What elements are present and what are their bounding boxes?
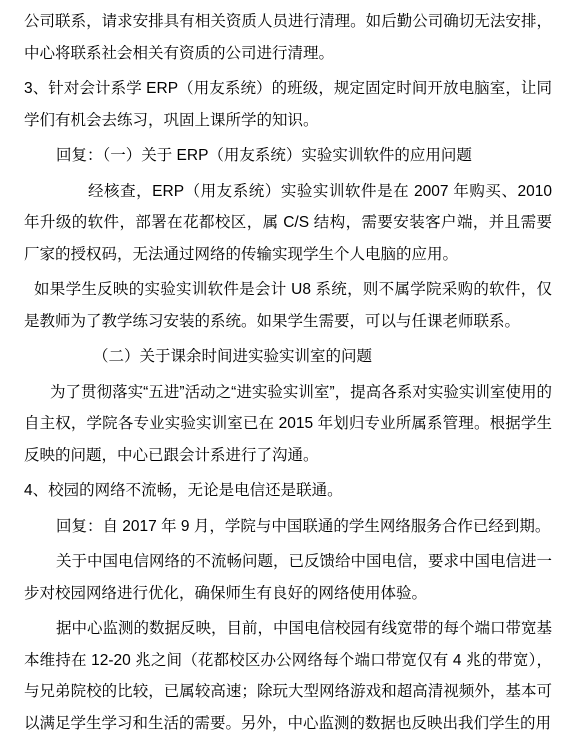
document-page: 公司联系，请求安排具有相关资质人员进行清理。如后勤公司确切无法安排，中心将联系社… [0,0,576,733]
paragraph-continuation: 公司联系，请求安排具有相关资质人员进行清理。如后勤公司确切无法安排，中心将联系社… [24,6,552,69]
paragraph-item-4: 4、校园的网络不流畅，无论是电信还是联通。 [24,475,552,507]
paragraph-reply-body-4: 关于中国电信网络的不流畅问题，已反馈给中国电信，要求中国电信进一步对校园网络进行… [24,546,552,609]
paragraph-reply-body-1: 经核查，ERP（用友系统）实验实训软件是在 2007 年购买、2010 年升级的… [24,176,552,271]
paragraph-subheading-2: （二）关于课余时间进实验实训室的问题 [24,341,552,373]
paragraph-reply-body-2: 如果学生反映的实验实训软件是会计 U8 系统，则不属学院采购的软件，仅是教师为了… [24,274,552,337]
paragraph-reply-heading-2: 回复：自 2017 年 9 月，学院与中国联通的学生网络服务合作已经到期。 [24,511,552,543]
paragraph-reply-body-5: 据中心监测的数据反映，目前，中国电信校园有线宽带的每个端口带宽基本维持在 12-… [24,613,552,733]
paragraph-item-3: 3、针对会计系学 ERP（用友系统）的班级，规定固定时间开放电脑室，让同学们有机… [24,73,552,136]
paragraph-reply-heading-1: 回复：（一）关于 ERP（用友系统）实验实训软件的应用问题 [24,140,552,172]
paragraph-reply-body-3: 为了贯彻落实“五进”活动之“进实验实训室”，提高各系对实验实训室使用的自主权，学… [24,377,552,472]
